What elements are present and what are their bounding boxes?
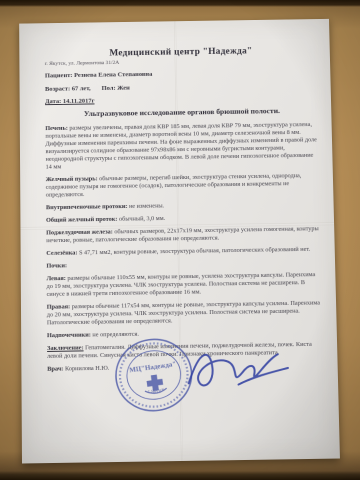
doctor-label: Врач: xyxy=(47,365,63,372)
section-label: Поджелудочная железа: xyxy=(46,228,113,236)
document-content: Медицинский центр "Надежда" г. Якутск, у… xyxy=(45,46,325,379)
section-intrahepatic-ducts: Внутрипеченочные протоки: не изменены. xyxy=(46,200,321,212)
section-label: Надпочечники: xyxy=(47,331,91,339)
doctor-name: Корнилова Н.Ю. xyxy=(65,364,109,372)
sex-value: Жен xyxy=(117,84,130,91)
section-label: Почки: xyxy=(46,262,67,269)
sex-label: Пол: xyxy=(102,84,116,91)
doctor-signature xyxy=(180,330,296,403)
desk-edge-top xyxy=(0,0,360,7)
section-common-bile-duct: Общий желчный проток: обычный, 3,0 мм. xyxy=(46,213,321,225)
document-paper: Медицинский центр "Надежда" г. Якутск, у… xyxy=(19,19,340,464)
desk-edge-bottom xyxy=(0,471,360,480)
section-label: Левая: xyxy=(46,275,65,282)
section-text: не изменены. xyxy=(129,202,164,209)
section-label: Правая: xyxy=(47,303,70,310)
section-text: S 47,71 мм2, контуры ровные, эхоструктур… xyxy=(79,246,310,256)
patient-line: Пациент: Резнева Елена Степановна xyxy=(45,68,318,79)
photo-scene: Медицинский центр "Надежда" г. Якутск, у… xyxy=(0,0,360,480)
section-spleen: Селезёнка: S 47,71 мм2, контуры ровные, … xyxy=(46,246,322,258)
section-pancreas: Поджелудочная железа: обычных размеров, … xyxy=(46,225,322,245)
date-line: Дата: 14.11.2017г xyxy=(45,94,318,105)
section-right-kidney: Правая: размеры обычные 117х54 мм, конту… xyxy=(47,299,324,327)
section-liver: Печень: размеры увеличены, правая доля К… xyxy=(45,121,320,171)
section-kidneys: Почки: xyxy=(46,258,322,270)
section-label: Желчный пузырь: xyxy=(46,175,98,183)
stamp-center-text: МЦ"Надежда" xyxy=(129,361,177,374)
section-left-kidney: Левая: размеры обычные 110х55 мм, контур… xyxy=(46,271,322,299)
age-value: 67 лет, xyxy=(72,85,91,92)
section-text: размеры обычные 110х55 мм, контуры не ро… xyxy=(47,271,316,298)
section-text: не определяются. xyxy=(92,331,139,339)
conclusion-label: Заключение: xyxy=(47,344,84,351)
age-label: Возраст: xyxy=(45,85,70,92)
section-text: обычный, 3,0 мм. xyxy=(119,215,165,223)
section-label: Печень: xyxy=(45,125,68,132)
patient-label: Пациент: xyxy=(45,72,73,79)
section-text: размеры обычные 117х54 мм, контуры не ро… xyxy=(47,299,320,326)
section-text: размеры увеличены, правая доля КВР 185 м… xyxy=(45,121,317,170)
section-label: Общий желчный проток: xyxy=(46,216,117,224)
section-label: Внутрипеченочные протоки: xyxy=(46,203,128,211)
age-sex-line: Возраст: 67 лет, Пол: Жен xyxy=(45,81,318,92)
patient-name: Резнева Елена Степановна xyxy=(74,71,152,79)
date-label: Дата: xyxy=(45,98,61,105)
section-gallbladder: Желчный пузырь: обычные размеры, перегиб… xyxy=(46,172,321,199)
report-title: Ультразвуковое исследование органов брюш… xyxy=(45,106,318,119)
section-label: Селезёнка: xyxy=(46,249,77,256)
date-value: 14.11.2017г xyxy=(63,98,95,105)
